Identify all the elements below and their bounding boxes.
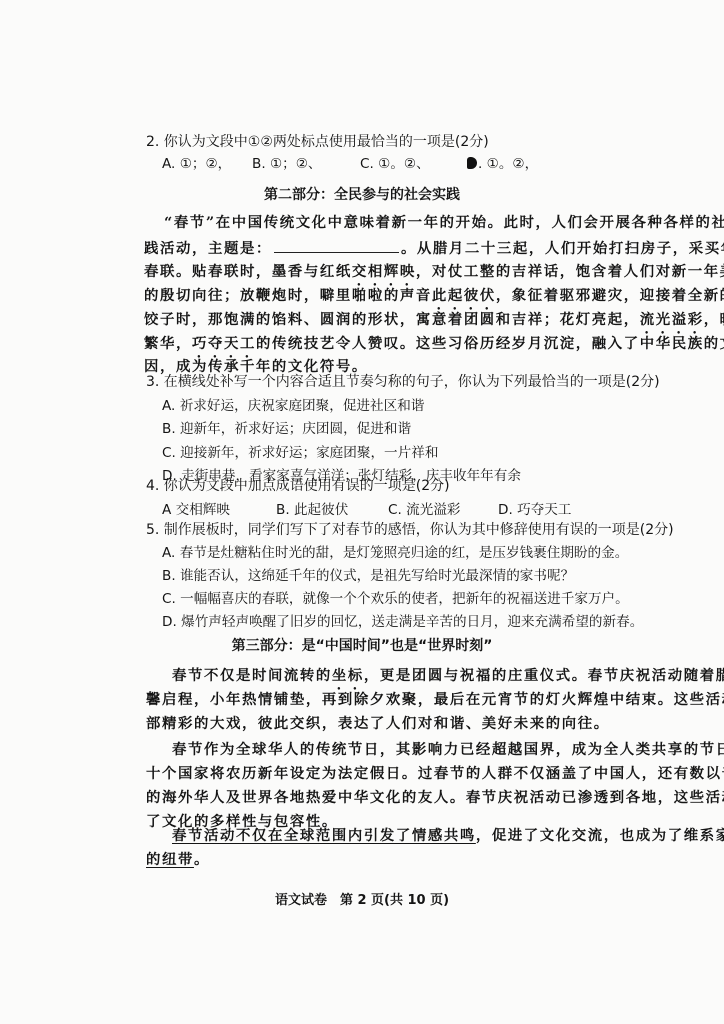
question-2-option-b: B. ①；②、 bbox=[252, 154, 322, 174]
part-3-p2-line-2: 十个国家将农历新年设定为法定假日。过春节的人群不仅涵盖了中国人，还有数以千万计 bbox=[146, 764, 724, 784]
question-2-option-a: A. ①；②， bbox=[162, 154, 231, 174]
question-5-option-b: B. 谁能否认，这绵延千年的仪式，是祖先写给时光最深情的家书呢？ bbox=[162, 566, 574, 586]
question-2-stem: 2. 你认为文段中①②两处标点使用最恰当的一项是(2分) bbox=[146, 132, 489, 152]
question-5-option-a: A. 春节是灶糖粘住时光的甜，是灯笼照亮归途的红，是压岁钱裹住期盼的金。 bbox=[162, 543, 628, 563]
dotted-idiom-d: 巧夺天工 bbox=[192, 335, 256, 352]
pen-mark-icon bbox=[467, 157, 477, 169]
question-5-option-c: C. 一幅幅喜庆的春联，就像一个个欢乐的使者，把新年的祝福送进千家万户。 bbox=[162, 589, 629, 609]
fill-in-blank[interactable] bbox=[274, 238, 399, 253]
question-4-option-a: A 交相辉映 bbox=[162, 500, 230, 520]
text-segment: ，映衬着盛世的 bbox=[704, 311, 724, 328]
text-segment: 春节不仅是时间流转的 bbox=[172, 667, 332, 684]
text-segment: ，更是团圆与祝福的庄重仪式。春节庆祝活动随着腊八温 bbox=[364, 667, 724, 684]
part-3-p1-line-2: 馨启程，小年热情铺垫，再到除夕欢聚，最后在元宵节的灯火辉煌中结束。这些活动如同一 bbox=[146, 690, 724, 710]
part-3-p3-line-2: 的纽带。 bbox=[146, 850, 210, 870]
part-2-paragraph-line-1: “春节”在中国传统文化中意味着新一年的开始。此时，人们会开展各种各样的社会实 bbox=[164, 213, 724, 233]
question-3-stem: 3. 在横线处补写一个内容合适且节奏匀称的句子，你认为下列最恰当的一项是(2分) bbox=[146, 372, 660, 392]
question-4-option-c: C. 流光溢彩 bbox=[388, 500, 461, 520]
dotted-word: 坐标 bbox=[332, 667, 364, 684]
question-4-option-d: D. 巧夺天工 bbox=[498, 500, 571, 520]
text-segment: 饺子时，那饱满的馅料、圆润的形状，寓意着团圆和吉祥；花灯亮起， bbox=[144, 311, 640, 328]
question-2-option-c: C. ①。②、 bbox=[360, 154, 430, 174]
dotted-idiom-b: 此起彼伏 bbox=[432, 287, 496, 304]
question-4-stem: 4. 你认为文段中加点成语使用有误的一项是(2分) bbox=[146, 476, 450, 496]
part-3-p1-line-1: 春节不仅是时间流转的坐标，更是团圆与祝福的庄重仪式。春节庆祝活动随着腊八温 bbox=[172, 666, 724, 693]
part-2-paragraph-line-3: 春联。贴春联时，墨香与红纸交相辉映，对仗工整的吉祥话，饱含着人们对新一年美好生活 bbox=[144, 262, 724, 289]
part-3-p1-line-3: 部精彩的大戏，彼此交织，表达了人们对和谐、美好未来的向往。 bbox=[146, 714, 610, 734]
text-segment: 春联。贴春联时，墨香与红纸 bbox=[144, 263, 352, 280]
option-d-text: . ①。②， bbox=[478, 156, 538, 172]
text-segment: 的传统技艺令人赞叹。这些习俗历经岁月沉淀，融入了中华民族的文化基 bbox=[256, 335, 724, 352]
part-3-p2-line-1: 春节作为全球华人的传统节日，其影响力已经超越国界，成为全人类共享的节日。近二 bbox=[172, 740, 724, 760]
question-3-option-b: B. 迎新年，祈求好运；庆团圆，促进和谐 bbox=[162, 419, 411, 439]
part-2-paragraph-line-2: 践活动，主题是：。从腊月二十三起，人们开始打扫房子，采买年货，张贴 bbox=[144, 238, 724, 259]
text-segment: 的殷切向往；放鞭炮时，噼里啪啦的声音 bbox=[144, 287, 432, 304]
question-5-option-d: D. 爆竹声轻声唤醒了旧岁的回忆，送走满是辛苦的日月，迎来充满希望的新春。 bbox=[162, 612, 643, 632]
page-footer: 语文试卷 第 2 页(共 10 页) bbox=[0, 891, 724, 911]
part-2-heading: 第二部分：全民参与的社会实践 bbox=[0, 185, 724, 205]
part-3-heading: 第三部分：是“中国时间”也是“世界时刻” bbox=[0, 636, 724, 656]
dotted-idiom-c: 流光溢彩 bbox=[640, 311, 704, 328]
text-segment: 繁华， bbox=[144, 335, 192, 352]
text-segment: 。从腊月二十三起，人们开始打扫房子，采买年货，张贴 bbox=[401, 240, 724, 257]
text-segment: 践活动，主题是： bbox=[144, 240, 272, 257]
question-2-option-d: . ①。②， bbox=[467, 154, 538, 174]
text-segment: 。 bbox=[194, 851, 210, 868]
underlined-sentence: 春节活动不仅在全球范围内引发了情感共鸣 bbox=[172, 827, 476, 844]
underlined-sentence-end: 的纽带 bbox=[146, 851, 194, 868]
part-2-paragraph-line-5: 饺子时，那饱满的馅料、圆润的形状，寓意着团圆和吉祥；花灯亮起，流光溢彩，映衬着盛… bbox=[144, 310, 724, 337]
question-4-option-b: B. 此起彼伏 bbox=[276, 500, 348, 520]
part-3-p2-line-3: 的海外华人及世界各地热爱中华文化的友人。春节庆祝活动已渗透到各地，这些活动展现 bbox=[146, 788, 724, 808]
part-3-p3-line-1: 春节活动不仅在全球范围内引发了情感共鸣，促进了文化交流，也成为了维系家庭情感 bbox=[172, 826, 724, 846]
text-segment: ，促进了文化交流，也成为了维系家庭情感 bbox=[476, 827, 724, 844]
question-3-option-a: A. 祈求好运，庆祝家庭团聚，促进社区和谐 bbox=[162, 396, 424, 416]
question-3-option-c: C. 迎接新年，祈求好运；家庭团聚，一片祥和 bbox=[162, 443, 438, 463]
text-segment: ，象征着驱邪避灾，迎接着全新的开始；包 bbox=[496, 287, 724, 304]
dotted-idiom-a: 交相辉映 bbox=[352, 263, 416, 280]
question-5-stem: 5. 制作展板时，同学们写下了对春节的感悟，你认为其中修辞使用有误的一项是(2分… bbox=[146, 520, 674, 540]
exam-page: 2. 你认为文段中①②两处标点使用最恰当的一项是(2分) A. ①；②， B. … bbox=[0, 0, 724, 1024]
part-2-paragraph-line-4: 的殷切向往；放鞭炮时，噼里啪啦的声音此起彼伏，象征着驱邪避灾，迎接着全新的开始；… bbox=[144, 286, 724, 313]
text-segment: ，对仗工整的吉祥话，饱含着人们对新一年美好生活 bbox=[416, 263, 724, 280]
